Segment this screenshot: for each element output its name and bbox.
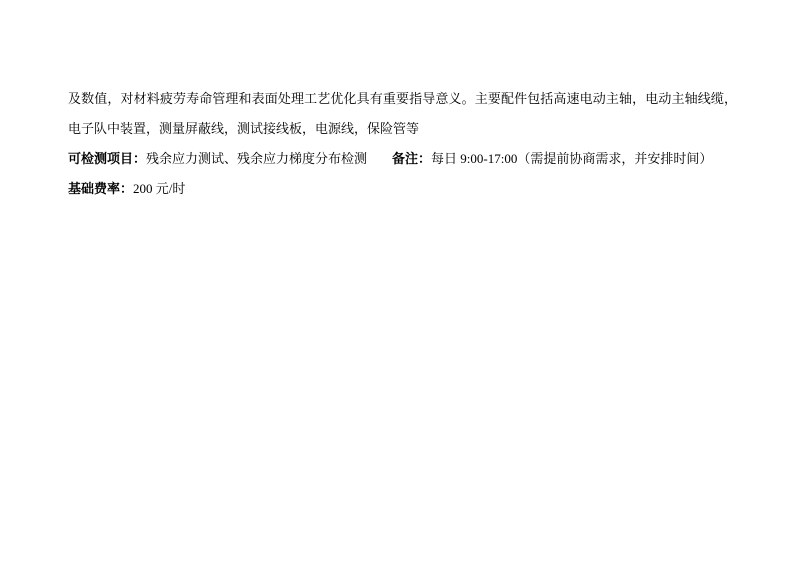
detect-items-and-remark-line: 可检测项目：残余应力测试、残余应力梯度分布检测备注：每日 9:00-17:00（… (68, 144, 737, 174)
paragraph-line-2: 电子队中装置，测量屏蔽线，测试接线板，电源线，保险管等 (68, 114, 737, 144)
detect-items-label: 可检测项目： (68, 151, 146, 166)
paragraph-line-1: 及数值，对材料疲劳寿命管理和表面处理工艺优化具有重要指导意义。主要配件包括高速电… (68, 84, 737, 114)
remark-label: 备注： (392, 151, 431, 166)
remark-value: 每日 9:00-17:00（需提前协商需求，并安排时间） (431, 151, 712, 166)
base-rate-label: 基础费率： (68, 181, 133, 196)
base-rate-value: 200 元/时 (133, 181, 185, 196)
detect-items-value: 残余应力测试、残余应力梯度分布检测 (146, 151, 367, 166)
tab-spacer (367, 162, 392, 163)
base-rate-line: 基础费率：200 元/时 (68, 174, 737, 204)
document-content: 及数值，对材料疲劳寿命管理和表面处理工艺优化具有重要指导意义。主要配件包括高速电… (68, 84, 737, 204)
document-page: 及数值，对材料疲劳寿命管理和表面处理工艺优化具有重要指导意义。主要配件包括高速电… (0, 0, 799, 565)
